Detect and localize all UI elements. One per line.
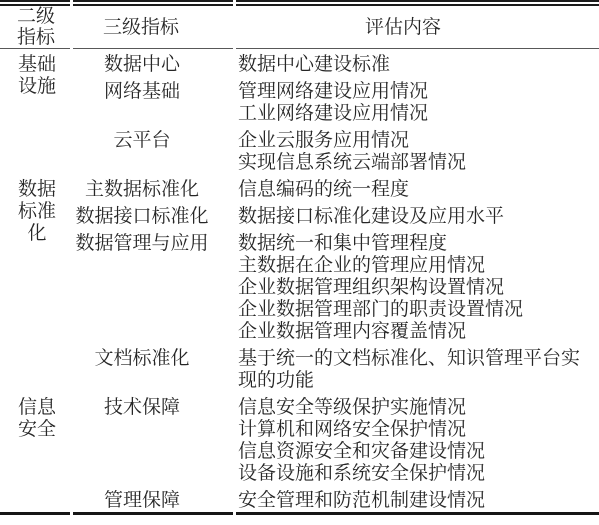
evaluation-content-cell: 企业数据管理部门的职责设置情况	[236, 299, 599, 321]
level3-indicator-cell: 数据管理与应用	[73, 228, 233, 343]
evaluation-content-cell: 基于统一的文档标准化、知识管理平台实现的功能	[236, 343, 599, 392]
evaluation-content-cell: 企业数据管理内容覆盖情况	[236, 321, 599, 343]
level2-indicator-cell: 数据标准化	[0, 174, 70, 392]
evaluation-content-cell: 数据接口标准化建设及应用水平	[236, 201, 599, 228]
level3-indicator-cell: 数据接口标准化	[73, 201, 233, 228]
column-header-level2: 二级指标	[0, 0, 70, 49]
level3-indicator-cell: 主数据标准化	[73, 174, 233, 201]
evaluation-content-cell: 实现信息系统云端部署情况	[236, 152, 599, 174]
header-row: 二级指标 三级指标 评估内容	[0, 0, 599, 49]
evaluation-content-cell: 数据中心建设标准	[236, 49, 599, 76]
indicator-table: 二级指标 三级指标 评估内容 基础设施数据中心数据中心建设标准网络基础管理网络建…	[0, 0, 599, 515]
evaluation-content-cell: 安全管理和防范机制建设情况	[236, 485, 599, 515]
evaluation-content-cell: 工业网络建设应用情况	[236, 103, 599, 125]
evaluation-content-cell: 信息安全等级保护实施情况	[236, 392, 599, 419]
table-row: 信息安全技术保障信息安全等级保护实施情况	[0, 392, 599, 419]
table-row: 管理保障安全管理和防范机制建设情况	[0, 485, 599, 515]
table-header: 二级指标 三级指标 评估内容	[0, 0, 599, 49]
table-row: 网络基础管理网络建设应用情况	[0, 76, 599, 103]
level2-indicator-cell: 基础设施	[0, 49, 70, 174]
table-row: 数据管理与应用数据统一和集中管理程度	[0, 228, 599, 255]
table-row: 云平台企业云服务应用情况	[0, 125, 599, 152]
evaluation-content-cell: 计算机和网络安全保护情况	[236, 419, 599, 441]
evaluation-content-cell: 信息编码的统一程度	[236, 174, 599, 201]
level3-indicator-cell: 云平台	[73, 125, 233, 174]
level3-indicator-cell: 网络基础	[73, 76, 233, 125]
level2-indicator-cell: 信息安全	[0, 392, 70, 515]
level3-indicator-cell: 管理保障	[73, 485, 233, 515]
column-header-level3: 三级指标	[73, 0, 233, 49]
evaluation-content-cell: 企业数据管理组织架构设置情况	[236, 277, 599, 299]
column-header-evaluation: 评估内容	[236, 0, 599, 49]
evaluation-content-cell: 企业云服务应用情况	[236, 125, 599, 152]
table-row: 文档标准化基于统一的文档标准化、知识管理平台实现的功能	[0, 343, 599, 392]
level3-indicator-cell: 数据中心	[73, 49, 233, 76]
table-row: 数据标准化主数据标准化信息编码的统一程度	[0, 174, 599, 201]
evaluation-content-cell: 数据统一和集中管理程度	[236, 228, 599, 255]
table-row: 基础设施数据中心数据中心建设标准	[0, 49, 599, 76]
evaluation-content-cell: 主数据在企业的管理应用情况	[236, 255, 599, 277]
evaluation-content-cell: 管理网络建设应用情况	[236, 76, 599, 103]
evaluation-content-cell: 信息资源安全和灾备建设情况	[236, 441, 599, 463]
level3-indicator-cell: 技术保障	[73, 392, 233, 485]
indicator-table-body: 基础设施数据中心数据中心建设标准网络基础管理网络建设应用情况工业网络建设应用情况…	[0, 49, 599, 515]
paper-table-page: 二级指标 三级指标 评估内容 基础设施数据中心数据中心建设标准网络基础管理网络建…	[0, 0, 599, 525]
evaluation-content-cell: 设备设施和系统安全保护情况	[236, 463, 599, 485]
level3-indicator-cell: 文档标准化	[73, 343, 233, 392]
table-row: 数据接口标准化数据接口标准化建设及应用水平	[0, 201, 599, 228]
